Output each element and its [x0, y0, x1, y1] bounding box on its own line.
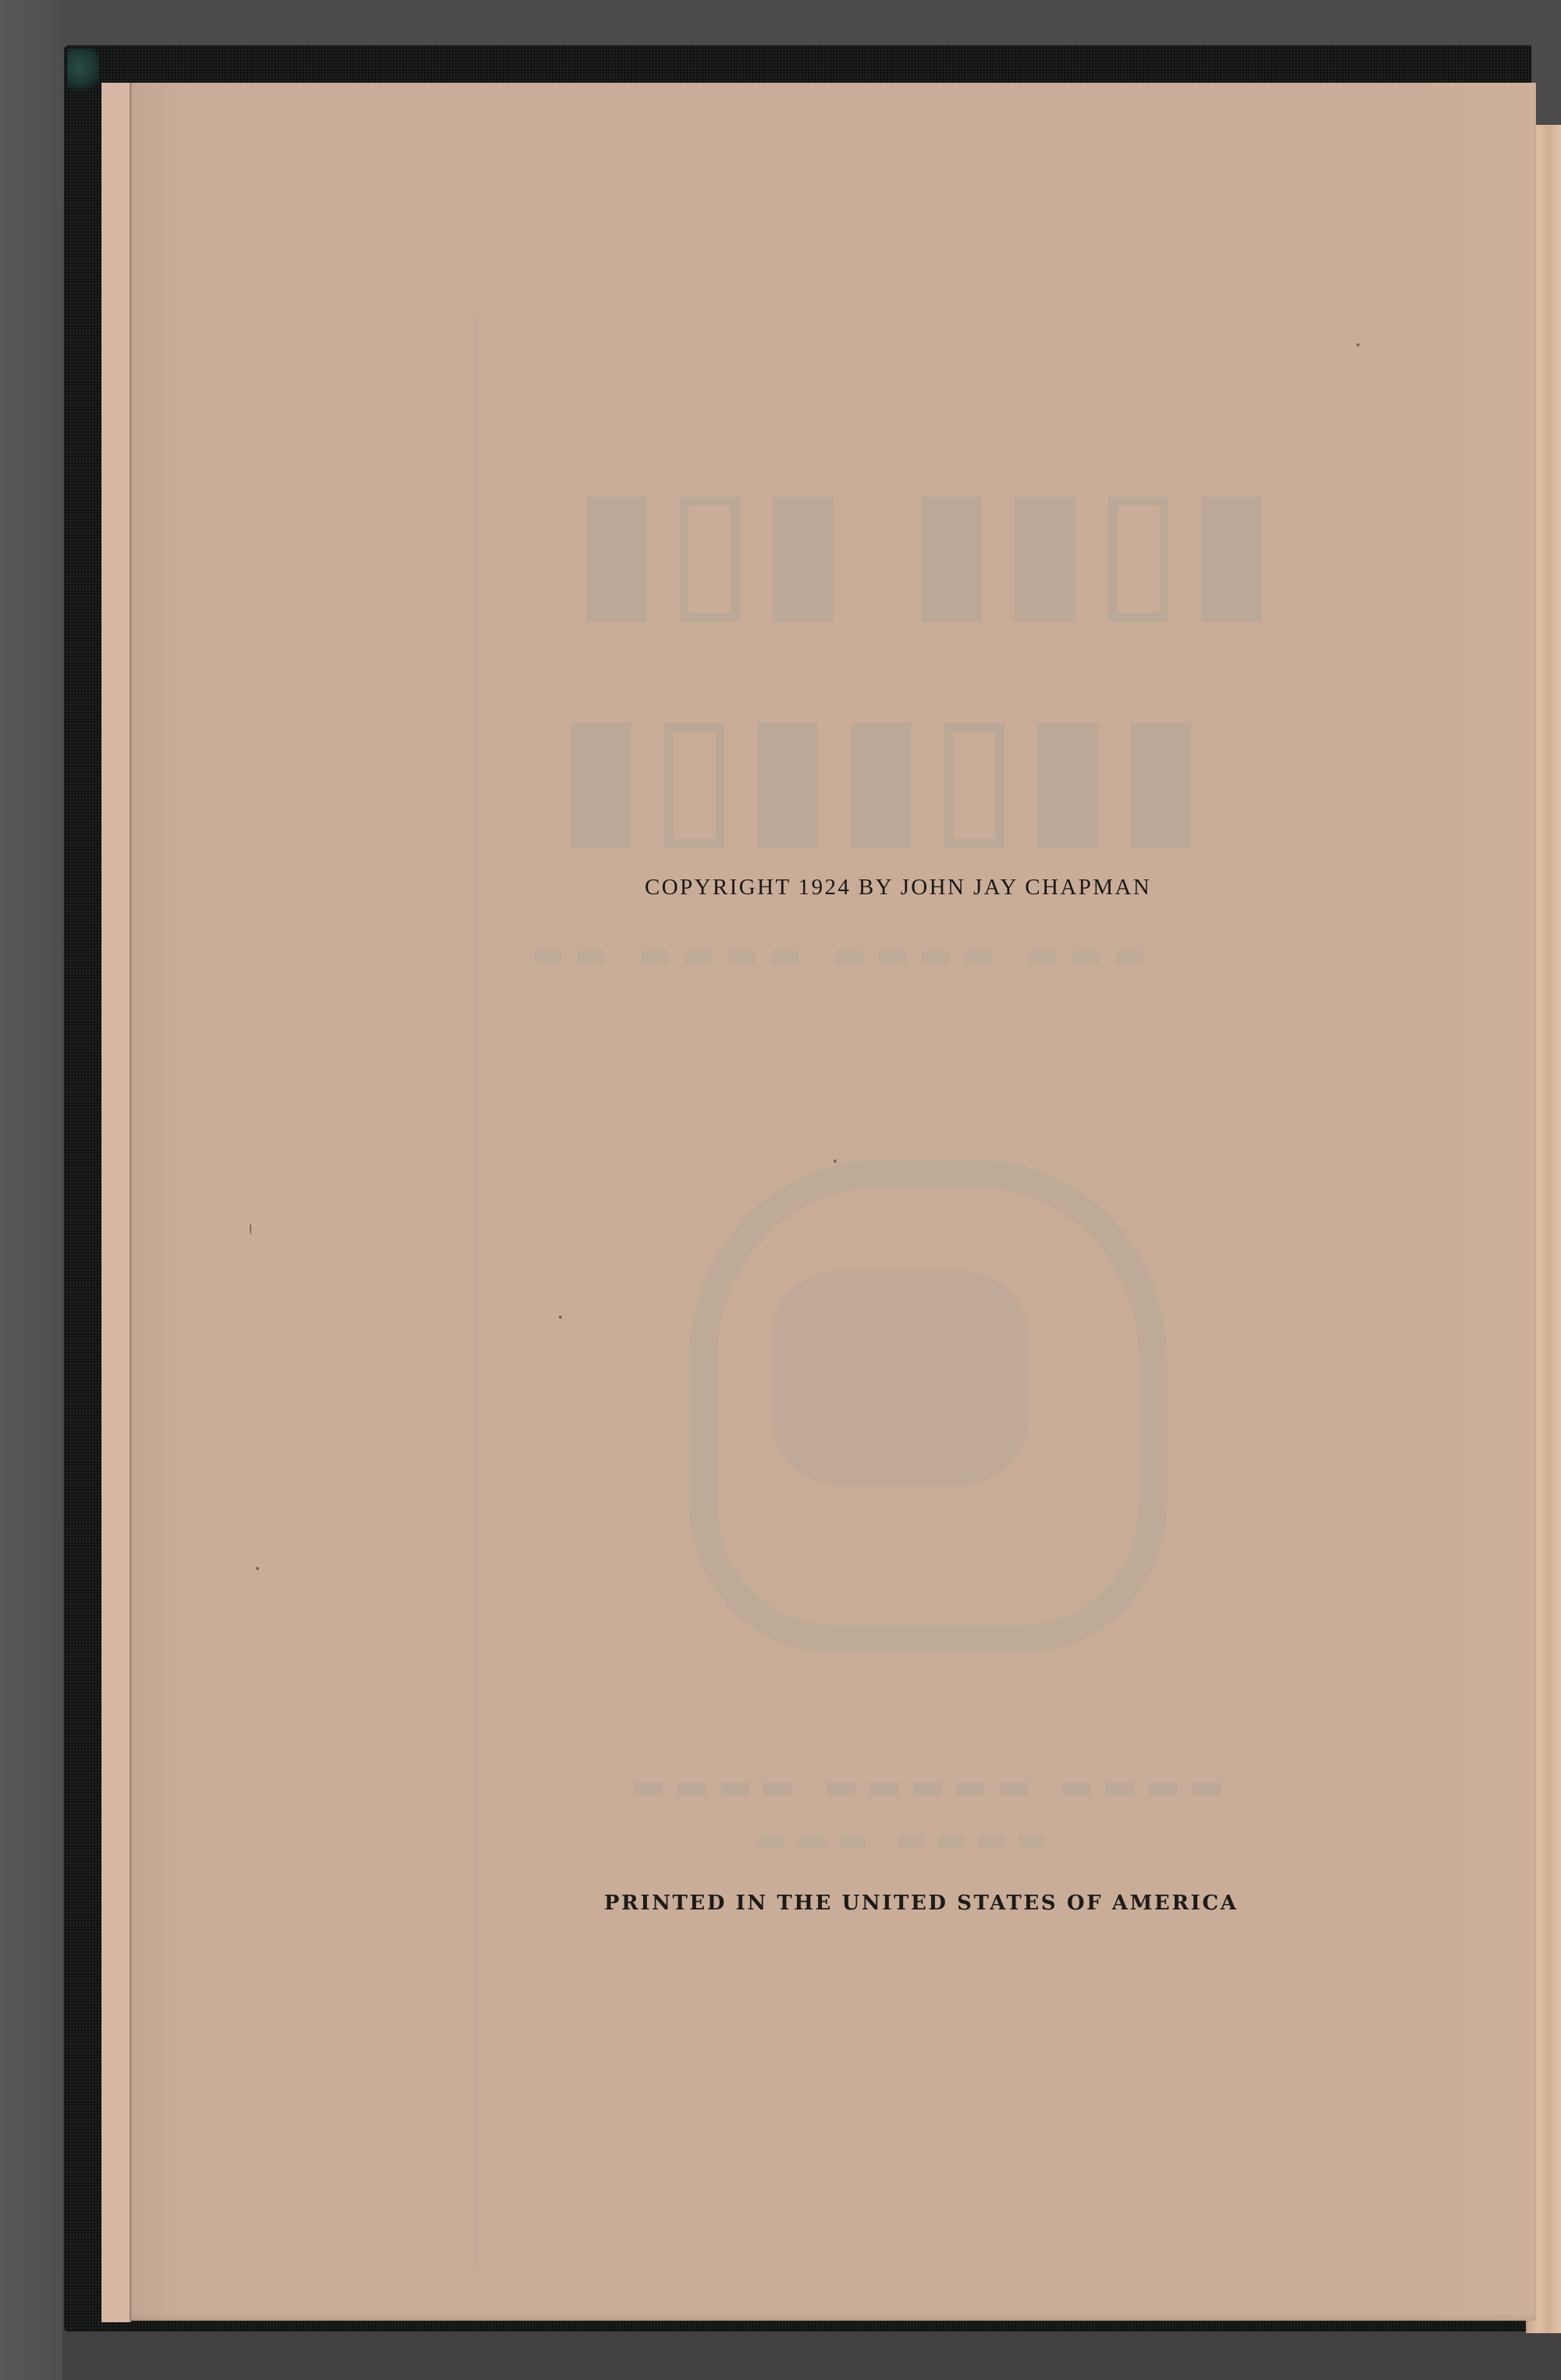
book-page: ▮▯▮▮ ▮▯▮ ▮▮▯▮▮▯▮ ▬▬▬ ▬▬▬▬ ▬▬▬▬ ▬▬ ▬▬▬▬ ▬…	[131, 83, 1536, 2321]
scan-scene: ▮▯▮▮ ▮▯▮ ▮▮▯▮▮▯▮ ▬▬▬ ▬▬▬▬ ▬▬▬▬ ▬▬ ▬▬▬▬ ▬…	[0, 0, 1561, 2380]
show-through-author-line: ▬▬▬ ▬▬▬▬ ▬▬▬▬ ▬▬	[521, 933, 1147, 975]
paper-speck	[256, 1567, 259, 1570]
show-through-title-line-1: ▮▯▮▮ ▮▯▮	[568, 449, 1277, 641]
show-through-title-line-2: ▮▮▯▮▮▯▮	[553, 676, 1206, 867]
paper-speck	[834, 1160, 837, 1163]
show-through-rule	[475, 317, 479, 2268]
paper-speck	[559, 1316, 562, 1319]
cover-corner-wear	[67, 48, 98, 95]
scanner-bed	[0, 0, 62, 2380]
paper-speck	[1357, 343, 1360, 346]
show-through-publisher-line-2: ▬▬▬▬ ▬▬▬	[748, 1819, 1048, 1859]
show-through-publisher-line-1: ▬▬▬▬ ▬▬▬▬▬ ▬▬▬▬	[623, 1764, 1224, 1808]
printed-in-notice: PRINTED IN THE UNITED STATES OF AMERICA	[604, 1892, 1238, 1915]
show-through-emblem-center	[771, 1269, 1029, 1487]
copyright-notice: COPYRIGHT 1924 BY JOHN JAY CHAPMAN	[645, 875, 1151, 900]
paper-speck	[250, 1224, 251, 1234]
pastedown-edge	[101, 83, 131, 2322]
